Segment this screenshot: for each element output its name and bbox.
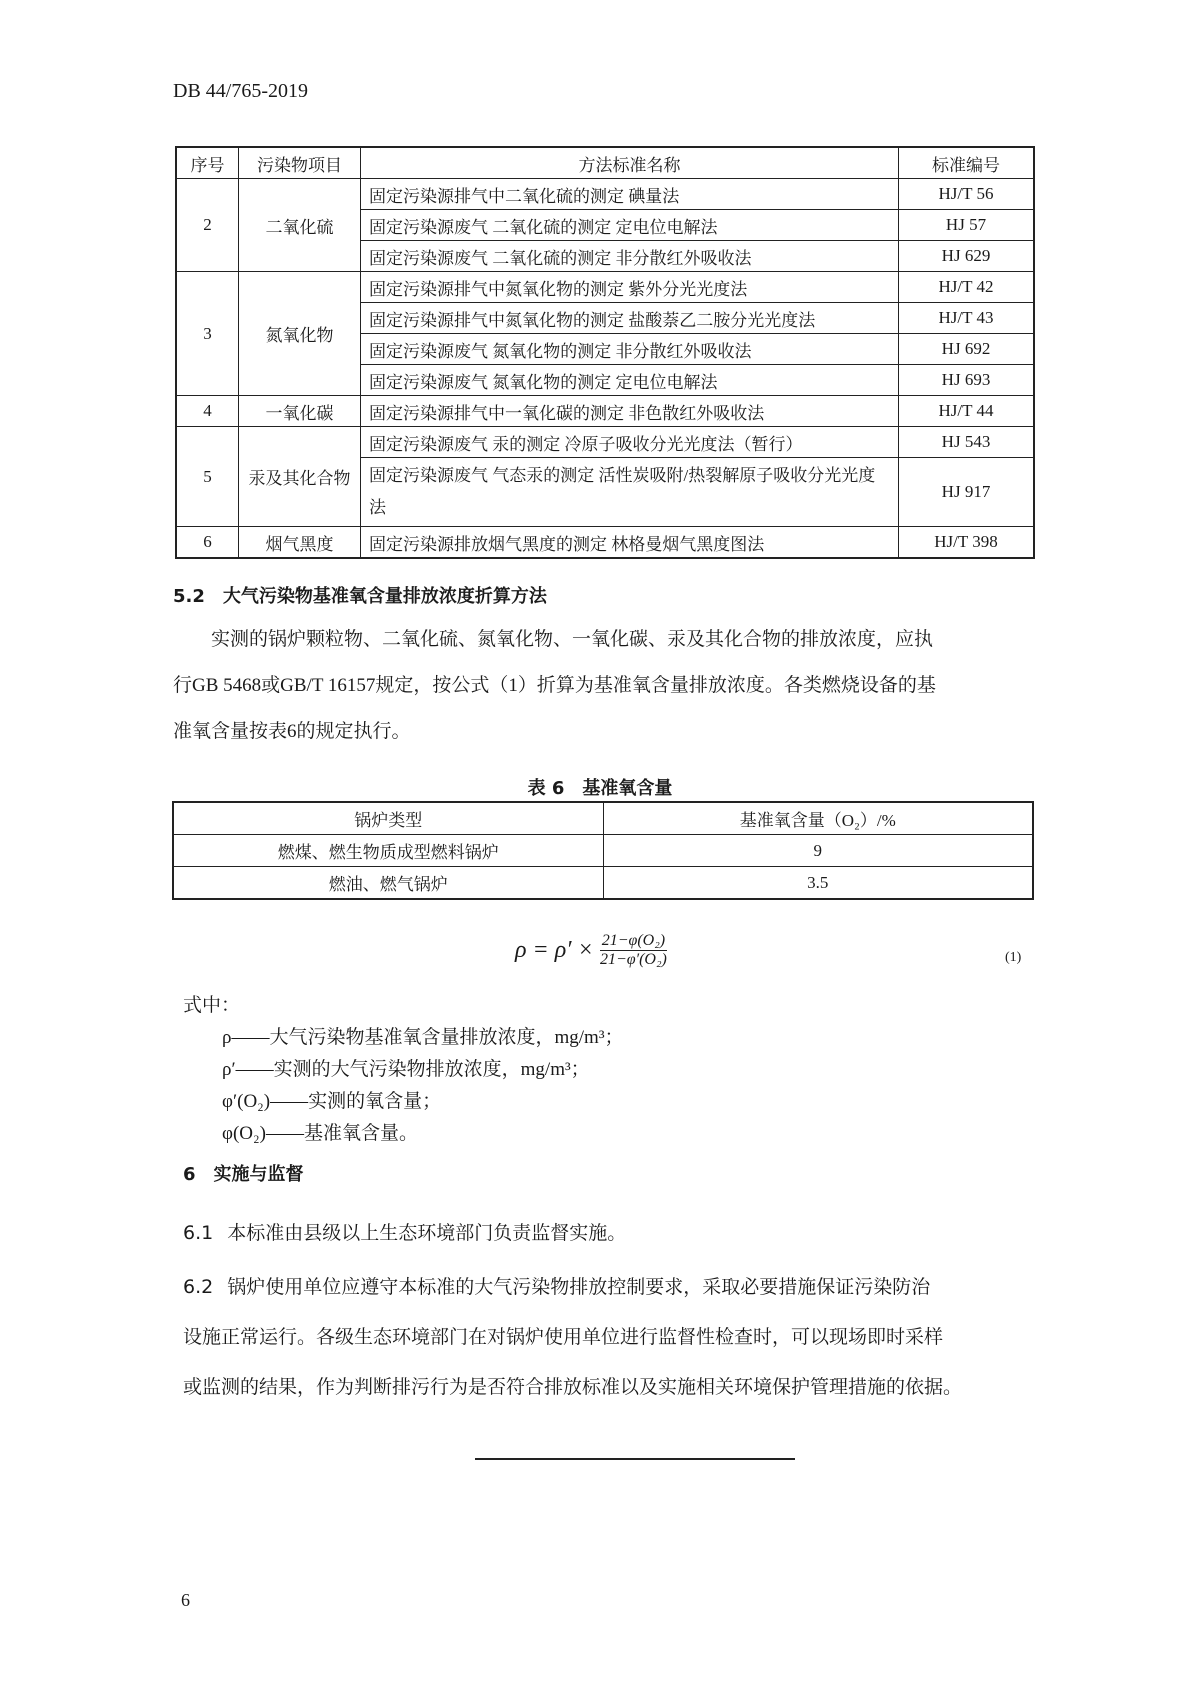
definitions: ρ——大气污染物基准氧含量排放浓度，mg/m³； ρ′——实测的大气污染物排放浓… — [222, 1022, 624, 1150]
definition-item: φ′(O₂)——实测的氧含量； — [222, 1086, 624, 1118]
definition-item: ρ——大气污染物基准氧含量排放浓度，mg/m³； — [222, 1022, 624, 1054]
paragraph-line: 实测的锅炉颗粒物、二氧化硫、氮氧化物、一氧化碳、汞及其化合物的排放浓度，应执 — [173, 617, 1033, 663]
section-heading-5-2: 5.2 大气污染物基准氧含量排放浓度折算方法 — [173, 582, 547, 608]
col-header-no: 序号 — [176, 147, 239, 179]
table-row: 燃油、燃气锅炉 3.5 — [173, 867, 1033, 900]
definition-item: φ(O₂)——基准氧含量。 — [222, 1118, 624, 1150]
table-row: 3 氮氧化物 固定污染源排气中氮氧化物的测定 紫外分光光度法 HJ/T 42 — [176, 272, 1034, 303]
paragraph-line: 设施正常运行。各级生态环境部门在对锅炉使用单位进行监督性检查时，可以现场即时采样 — [183, 1322, 943, 1349]
oxygen-table: 锅炉类型 基准氧含量（O₂）/% 燃煤、燃生物质成型燃料锅炉 9 燃油、燃气锅炉… — [172, 801, 1034, 900]
col-header-item: 污染物项目 — [239, 147, 361, 179]
where-label: 式中： — [183, 990, 240, 1017]
paragraph-line: 行GB 5468或GB/T 16157规定，按公式（1）折算为基准氧含量排放浓度… — [173, 663, 1033, 709]
paragraph-line: 或监测的结果，作为判断排污行为是否符合排放标准以及实施相关环境保护管理措施的依据… — [183, 1372, 962, 1399]
table-row: 5 汞及其化合物 固定污染源废气 汞的测定 冷原子吸收分光光度法（暂行） HJ … — [176, 427, 1034, 458]
table-caption: 表 6 基准氧含量 — [0, 774, 1200, 800]
fraction: 21−φ(O₂) 21−φ′(O₂) — [600, 932, 667, 969]
equation-number: (1) — [1005, 950, 1021, 966]
methods-table: 序号 污染物项目 方法标准名称 标准编号 2 二氧化硫 固定污染源排气中二氧化硫… — [175, 146, 1035, 559]
document-code: DB 44/765-2019 — [173, 80, 308, 103]
clause-6-2: 6.2锅炉使用单位应遵守本标准的大气污染物排放控制要求，采取必要措施保证污染防治 — [183, 1272, 930, 1299]
table-row: 燃煤、燃生物质成型燃料锅炉 9 — [173, 835, 1033, 867]
formula: ρ = ρ′ × 21−φ(O₂) 21−φ′(O₂) — [515, 932, 667, 969]
section-heading-6: 6 实施与监督 — [183, 1160, 304, 1186]
page-number: 6 — [181, 1590, 190, 1611]
end-rule — [475, 1458, 795, 1460]
table-header-row: 序号 污染物项目 方法标准名称 标准编号 — [176, 147, 1034, 179]
table-row: 2 二氧化硫 固定污染源排气中二氧化硫的测定 碘量法 HJ/T 56 — [176, 179, 1034, 210]
col-header-code: 标准编号 — [899, 147, 1035, 179]
definition-item: ρ′——实测的大气污染物排放浓度，mg/m³； — [222, 1054, 624, 1086]
col-header-method: 方法标准名称 — [361, 147, 899, 179]
table-row: 6 烟气黑度 固定污染源排放烟气黑度的测定 林格曼烟气黑度图法 HJ/T 398 — [176, 527, 1034, 559]
clause-6-1: 6.1本标准由县级以上生态环境部门负责监督实施。 — [183, 1218, 626, 1245]
table-header-row: 锅炉类型 基准氧含量（O₂）/% — [173, 802, 1033, 835]
table-row: 4 一氧化碳 固定污染源排气中一氧化碳的测定 非色散红外吸收法 HJ/T 44 — [176, 396, 1034, 427]
paragraph-line: 准氧含量按表6的规定执行。 — [173, 709, 1033, 755]
